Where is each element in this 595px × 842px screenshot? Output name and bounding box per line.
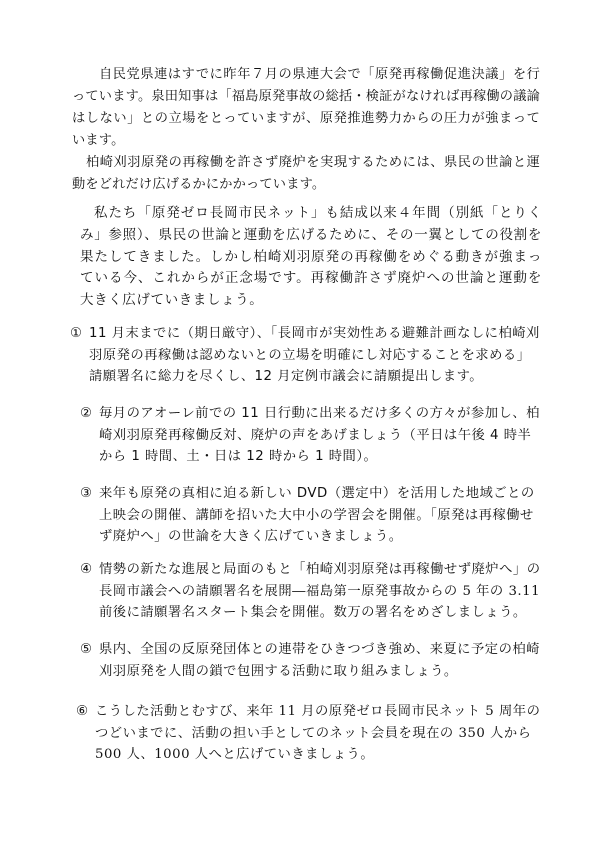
action-item-5: ⑤ 県内、全国の反原発団体との連帯をひきつづき強め、来夏に予定の柏崎刈羽原発を人… xyxy=(80,639,542,682)
item-text: 情勢の新たな進展と局面のもと「柏崎刈羽原発は再稼働せず廃炉へ」の長岡市議会への請… xyxy=(80,559,542,624)
item-number: ⑥ xyxy=(76,701,94,723)
item-text: 来年も原発の真相に迫る新しい DVD（選定中）を活用した地域ごとの上映会の開催、… xyxy=(80,483,542,548)
item-number: ③ xyxy=(80,483,98,505)
action-item-3: ③ 来年も原発の真相に迫る新しい DVD（選定中）を活用した地域ごとの上映会の開… xyxy=(80,483,542,548)
action-item-6: ⑥ こうした活動とむすび、来年 11 月の原発ゼロ長岡市民ネット 5 周年のつど… xyxy=(76,701,542,766)
intro-section: 自民党県連はすでに昨年７月の県連大会で「原発再稼働促進決議」を行っています。泉田… xyxy=(72,64,540,196)
action-item-2: ② 毎月のアオーレ前での 11 日行動に出来るだけ多くの方々が参加し、柏崎刈羽原… xyxy=(80,403,542,468)
action-item-1: ① 11 月末までに（期日厳守）、「長岡市が実効性ある避難計画なしに柏崎刈羽原発… xyxy=(70,323,542,388)
item-text: 県内、全国の反原発団体との連帯をひきつづき強め、来夏に予定の柏崎刈羽原発を人間の… xyxy=(80,639,542,682)
document-page: 自民党県連はすでに昨年７月の県連大会で「原発再稼働促進決議」を行っています。泉田… xyxy=(0,0,595,842)
item-number: ⑤ xyxy=(80,639,98,661)
item-number: ① xyxy=(70,323,88,345)
network-paragraph: 私たち「原発ゼロ長岡市民ネット」も結成以来４年間（別紙「とりくみ」参照）、県民の… xyxy=(80,203,542,312)
action-item-4: ④ 情勢の新たな進展と局面のもと「柏崎刈羽原発は再稼働せず廃炉へ」の長岡市議会へ… xyxy=(80,559,542,624)
item-number: ② xyxy=(80,403,98,425)
item-text: こうした活動とむすび、来年 11 月の原発ゼロ長岡市民ネット 5 周年のつどいま… xyxy=(76,701,542,766)
item-text: 11 月末までに（期日厳守）、「長岡市が実効性ある避難計画なしに柏崎刈羽原発の再… xyxy=(70,323,542,388)
network-section: 私たち「原発ゼロ長岡市民ネット」も結成以来４年間（別紙「とりくみ」参照）、県民の… xyxy=(80,203,542,312)
item-number: ④ xyxy=(80,559,98,581)
intro-paragraph-1: 自民党県連はすでに昨年７月の県連大会で「原発再稼働促進決議」を行っています。泉田… xyxy=(72,64,540,152)
intro-paragraph-2: 柏崎刈羽原発の再稼働を許さず廃炉を実現するためには、県民の世論と運動をどれだけ広… xyxy=(72,152,540,196)
item-text: 毎月のアオーレ前での 11 日行動に出来るだけ多くの方々が参加し、柏崎刈羽原発再… xyxy=(80,403,542,468)
